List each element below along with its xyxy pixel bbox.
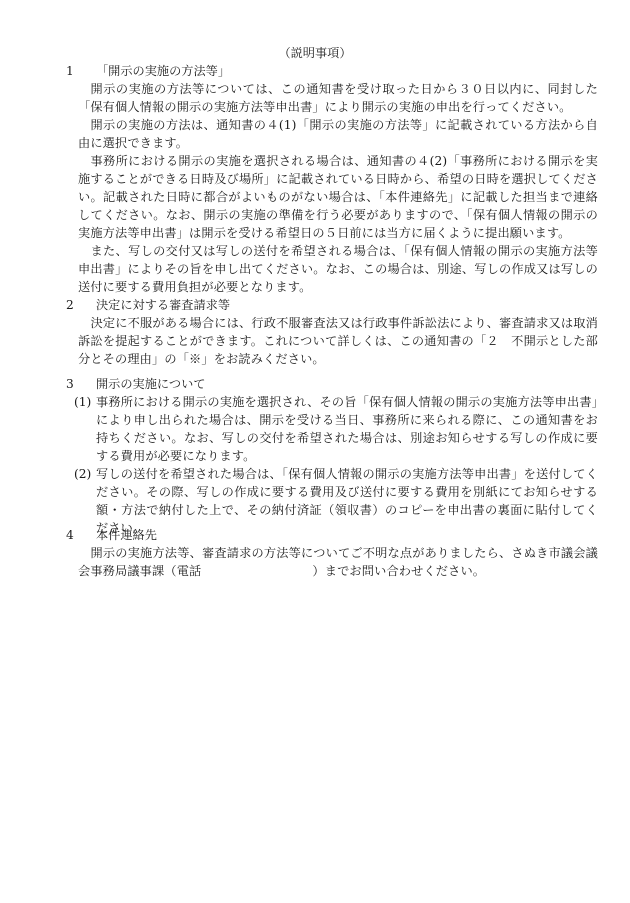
section-number: 2 <box>66 296 96 314</box>
section-title: 「開示の実施の方法等」 <box>96 62 230 80</box>
section-title: 開示の実施について <box>96 375 205 393</box>
section-4-heading: 4 本件連絡先 <box>66 526 598 544</box>
contact-paragraph: 開示の実施方法等、審査請求の方法等についてご不明な点がありましたら、さぬき市議会… <box>66 544 598 580</box>
paragraph: 開示の実施方法等、審査請求の方法等についてご不明な点がありましたら、さぬき市議会… <box>78 544 598 580</box>
section-3: 3 開示の実施について (1) 事務所における開示の実施を選択され、その旨「保有… <box>66 375 598 537</box>
paragraph: 決定に不服がある場合には、行政不服審査法又は行政事件訴訟法により、審査請求又は取… <box>78 314 598 368</box>
section-number: 1 <box>66 62 96 80</box>
section-number: 3 <box>66 375 96 393</box>
section-title: 決定に対する審査請求等 <box>96 296 230 314</box>
contact-text-end: ）までお問い合わせください。 <box>312 564 485 578</box>
section-2-body: 決定に不服がある場合には、行政不服審査法又は行政事件訴訟法により、審査請求又は取… <box>66 314 598 368</box>
section-1-body: 開示の実施の方法等については、この通知書を受け取った日から３０日以内に、同封した… <box>66 80 598 296</box>
paragraph: また、写しの交付又は写しの送付を希望される場合は、「保有個人情報の開示の実施方法… <box>78 242 598 296</box>
list-item-1: (1) 事務所における開示の実施を選択され、その旨「保有個人情報の開示の実施方法… <box>66 393 598 465</box>
item-text: 事務所における開示の実施を選択され、その旨「保有個人情報の開示の実施方法等申出書… <box>96 393 598 465</box>
document-title: （説明事項） <box>0 44 630 62</box>
section-3-heading: 3 開示の実施について <box>66 375 598 393</box>
section-2: 2 決定に対する審査請求等 決定に不服がある場合には、行政不服審査法又は行政事件… <box>66 296 598 368</box>
paragraph: 事務所における開示の実施を選択される場合は、通知書の４(2)「事務所における開示… <box>78 152 598 242</box>
phone-number-blank <box>201 564 312 578</box>
document-page: （説明事項） 1 「開示の実施の方法等」 開示の実施の方法等については、この通知… <box>0 0 630 903</box>
section-title: 本件連絡先 <box>96 526 157 544</box>
item-marker: (1) <box>74 393 96 465</box>
section-number: 4 <box>66 526 96 544</box>
section-2-heading: 2 決定に対する審査請求等 <box>66 296 598 314</box>
section-4: 4 本件連絡先 開示の実施方法等、審査請求の方法等についてご不明な点がありました… <box>66 526 598 580</box>
section-1-heading: 1 「開示の実施の方法等」 <box>66 62 598 80</box>
section-1: 1 「開示の実施の方法等」 開示の実施の方法等については、この通知書を受け取った… <box>66 62 598 296</box>
paragraph: 開示の実施の方法は、通知書の４(1)「開示の実施の方法等」に記載されている方法か… <box>78 116 598 152</box>
paragraph: 開示の実施の方法等については、この通知書を受け取った日から３０日以内に、同封した… <box>78 80 598 116</box>
